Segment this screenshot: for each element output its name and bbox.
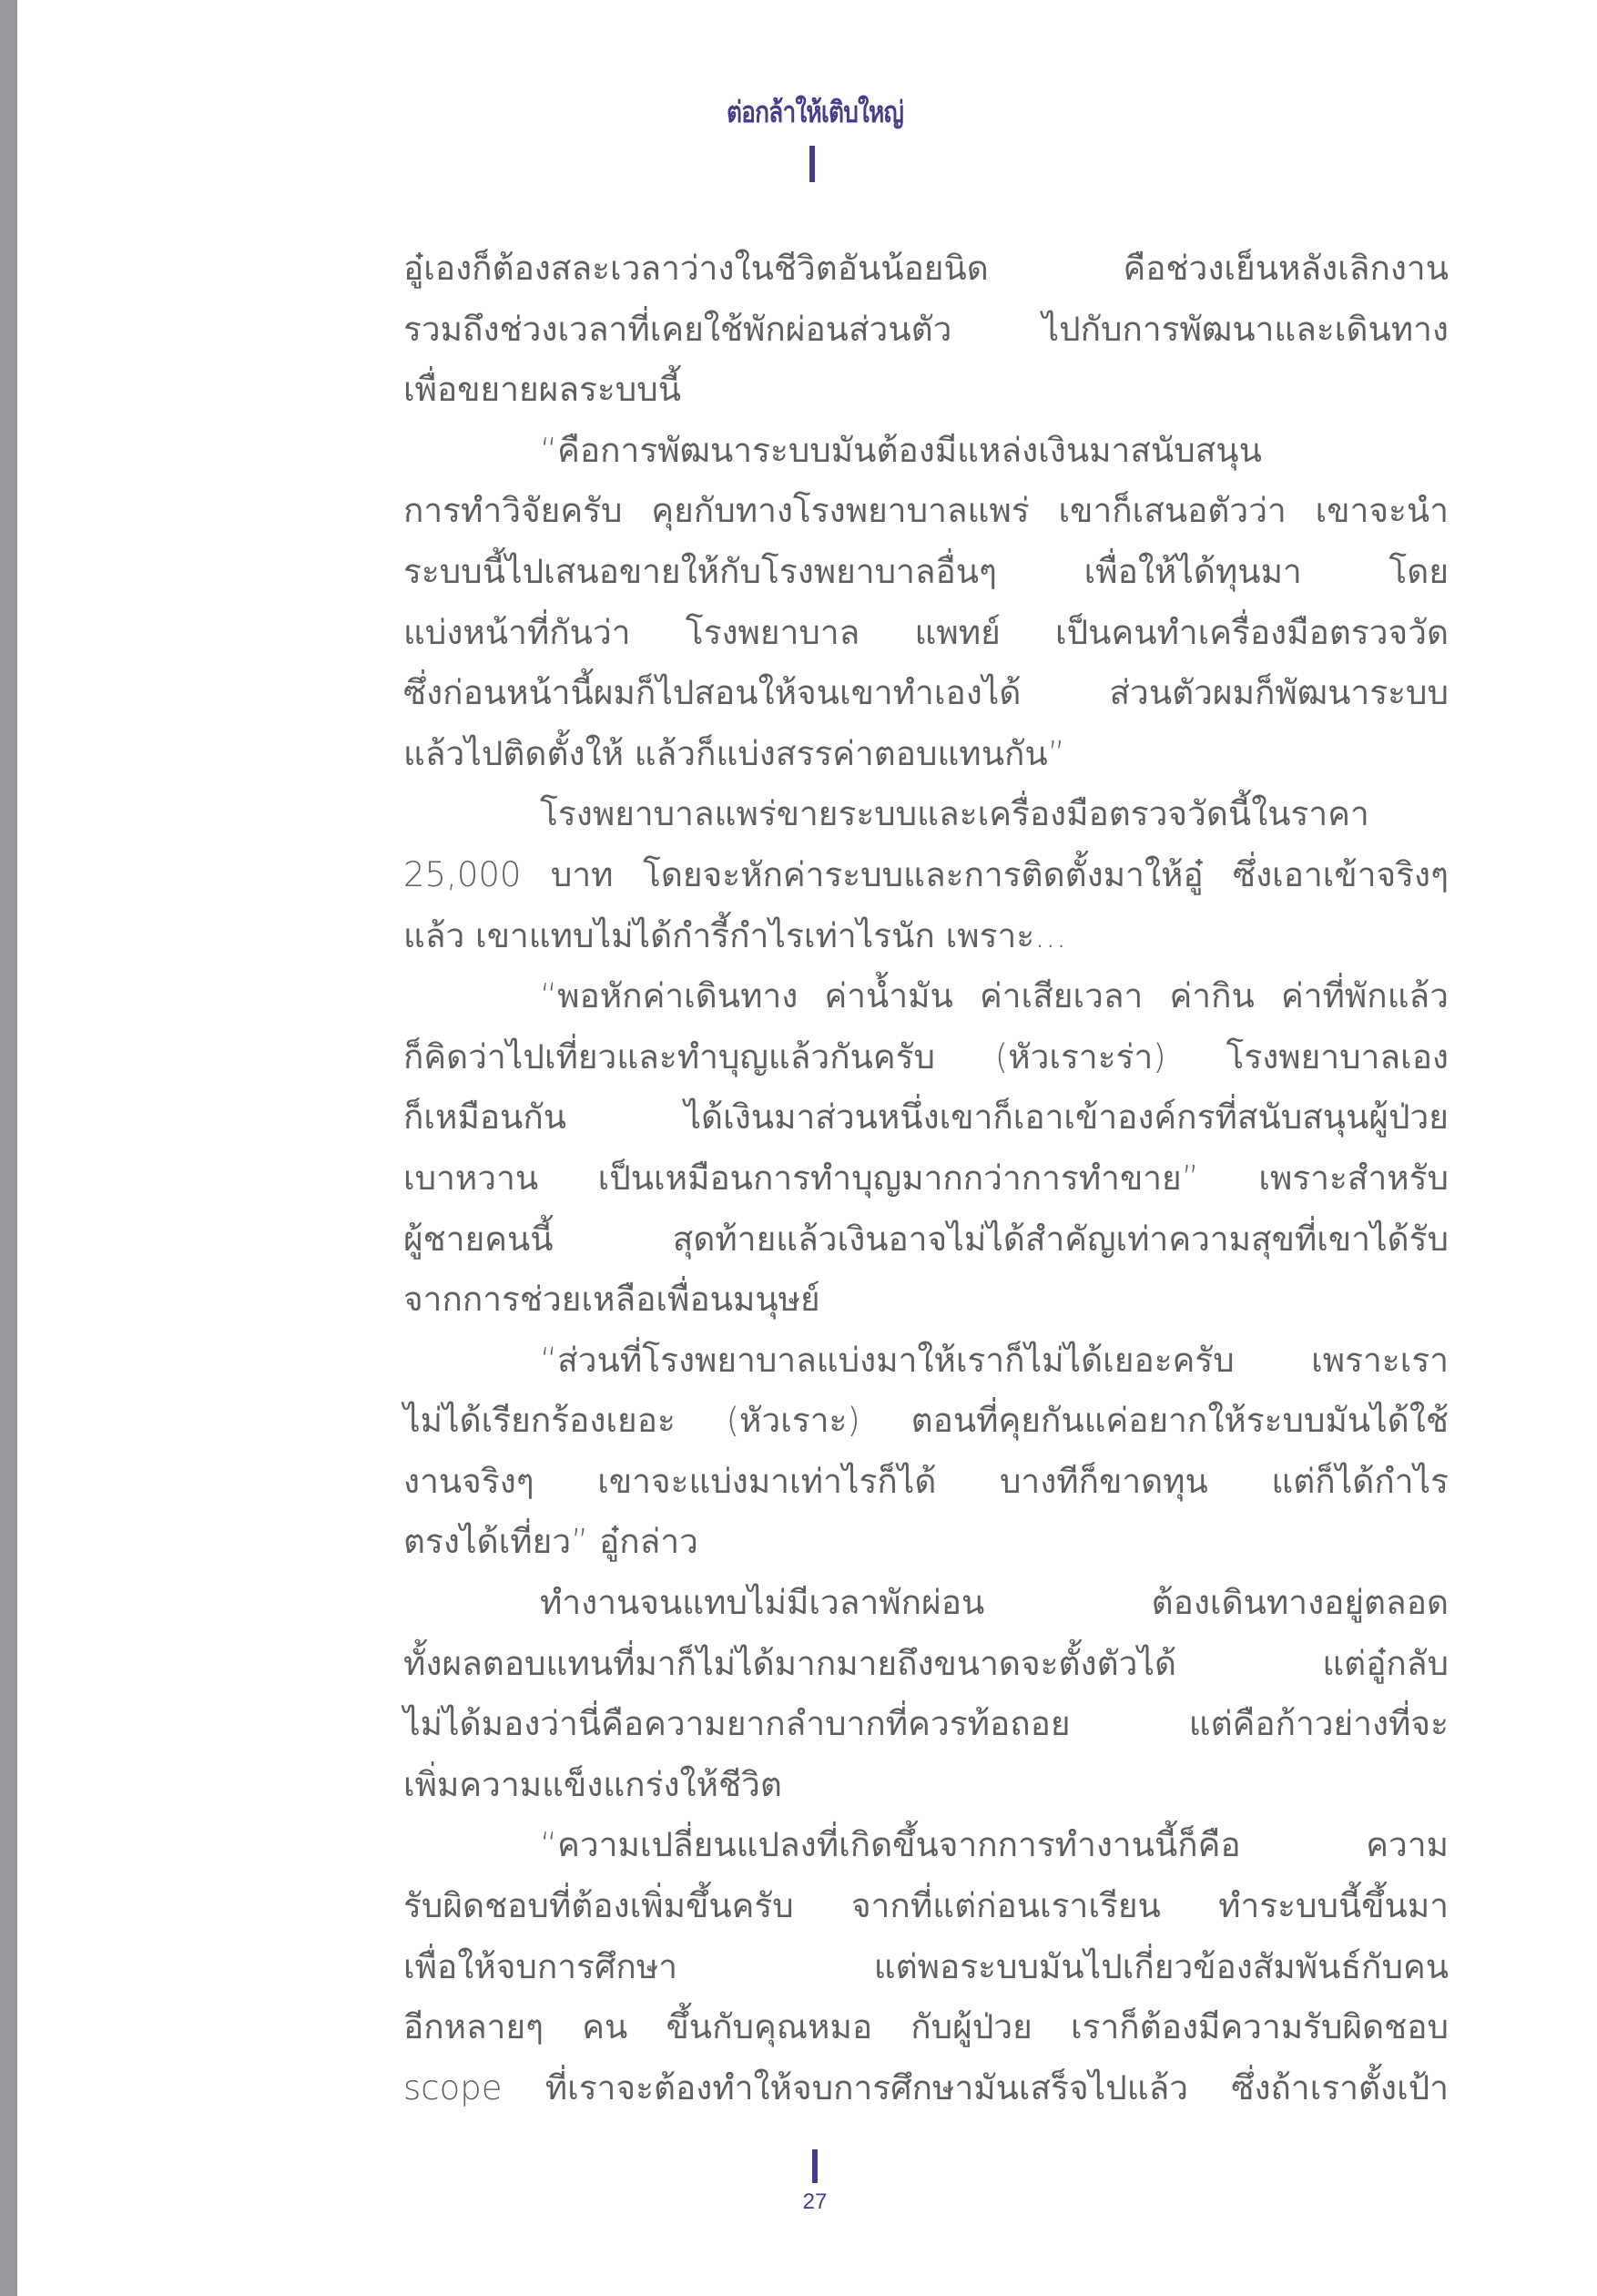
text-line: เพิ่มความแข็งแกร่งให้ชีวิต — [403, 1755, 1449, 1816]
text-line: “พอหักค่าเดินทาง ค่าน้ำมัน ค่าเสียเวลา ค… — [403, 966, 1449, 1027]
text-line: อู๋เองก็ต้องสละเวลาว่างในชีวิตอันน้อยนิด… — [403, 239, 1449, 300]
text-line: รับผิดชอบที่ต้องเพิ่มขึ้นครับ จากที่แต่ก… — [403, 1876, 1449, 1937]
text-line: ระบบนี้ไปเสนอขายให้กับโรงพยาบาลอื่นๆ เพื… — [403, 542, 1449, 603]
text-line: แบ่งหน้าที่กันว่า โรงพยาบาล แพทย์ เป็นคน… — [403, 603, 1449, 664]
text-line: อีกหลายๆ คน ขึ้นกับคุณหมอ กับผู้ป่วย เรา… — [403, 1997, 1449, 2058]
text-line: ก็เหมือนกัน ได้เงินมาส่วนหนึ่งเขาก็เอาเข… — [403, 1087, 1449, 1148]
text-line: จากการช่วยเหลือเพื่อนมนุษย์ — [403, 1270, 1449, 1331]
text-line: เบาหวาน เป็นเหมือนการทำบุญมากกว่าการทำขา… — [403, 1148, 1449, 1209]
text-line: การทำวิจัยครับ คุยกับทางโรงพยาบาลแพร่ เข… — [403, 481, 1449, 542]
text-line: scope ที่เราจะต้องทำให้จบการศึกษามันเสร็… — [403, 2058, 1449, 2119]
text-line: ซึ่งก่อนหน้านี้ผมก็ไปสอนให้จนเขาทำเองได้… — [403, 663, 1449, 724]
text-line: ไม่ได้เรียกร้องเยอะ (หัวเราะ) ตอนที่คุยก… — [403, 1391, 1449, 1452]
text-line: แล้วไปติดตั้งให้ แล้วก็แบ่งสรรค่าตอบแทนก… — [403, 724, 1449, 785]
page-edge-bar — [0, 0, 17, 2296]
text-line: รวมถึงช่วงเวลาที่เคยใช้พักผ่อนส่วนตัว ไป… — [403, 300, 1449, 361]
text-line: 25,000 บาท โดยจะหักค่าระบบและการติดตั้งม… — [403, 845, 1449, 906]
text-line: “ความเปลี่ยนแปลงที่เกิดขึ้นจากการทำงานนี… — [403, 1815, 1449, 1876]
text-line: เพื่อขยายผลระบบนี้ — [403, 360, 1449, 421]
footer-accent-bar — [812, 2149, 818, 2183]
text-line: ตรงได้เที่ยว” อู๋กล่าว — [403, 1512, 1449, 1573]
text-line: โรงพยาบาลแพร่ขายระบบและเครื่องมือตรวจวัด… — [403, 784, 1449, 845]
text-line: ไม่ได้มองว่านี่คือความยากลำบากที่ควรท้อถ… — [403, 1694, 1449, 1755]
text-line: ผู้ชายคนนี้ สุดท้ายแล้วเงินอาจไม่ได้สำคั… — [403, 1209, 1449, 1270]
text-line: ทั้งผลตอบแทนที่มาก็ไม่ได้มากมายถึงขนาดจะ… — [403, 1634, 1449, 1695]
running-title: ต่อกล้าให้เติบใหญ่ — [147, 89, 1483, 136]
text-line: เพื่อให้จบการศึกษา แต่พอระบบมันไปเกี่ยวข… — [403, 1937, 1449, 1998]
text-line: แล้ว เขาแทบไม่ได้กำรี้กำไรเท่าไรนัก เพรา… — [403, 906, 1449, 967]
text-line: งานจริงๆ เขาจะแบ่งมาเท่าไรก็ได้ บางทีก็ข… — [403, 1452, 1449, 1513]
body-text: อู๋เองก็ต้องสละเวลาว่างในชีวิตอันน้อยนิด… — [403, 239, 1449, 2118]
text-line: “คือการพัฒนาระบบมันต้องมีแหล่งเงินมาสนับ… — [403, 421, 1449, 482]
header-accent-bar — [809, 146, 815, 182]
text-line: ทำงานจนแทบไม่มีเวลาพักผ่อน ต้องเดินทางอย… — [403, 1573, 1449, 1634]
page-number: 27 — [778, 2189, 851, 2215]
text-line: “ส่วนที่โรงพยาบาลแบ่งมาให้เราก็ไม่ได้เยอ… — [403, 1331, 1449, 1392]
text-line: ก็คิดว่าไปเที่ยวและทำบุญแล้วกันครับ (หัว… — [403, 1027, 1449, 1088]
